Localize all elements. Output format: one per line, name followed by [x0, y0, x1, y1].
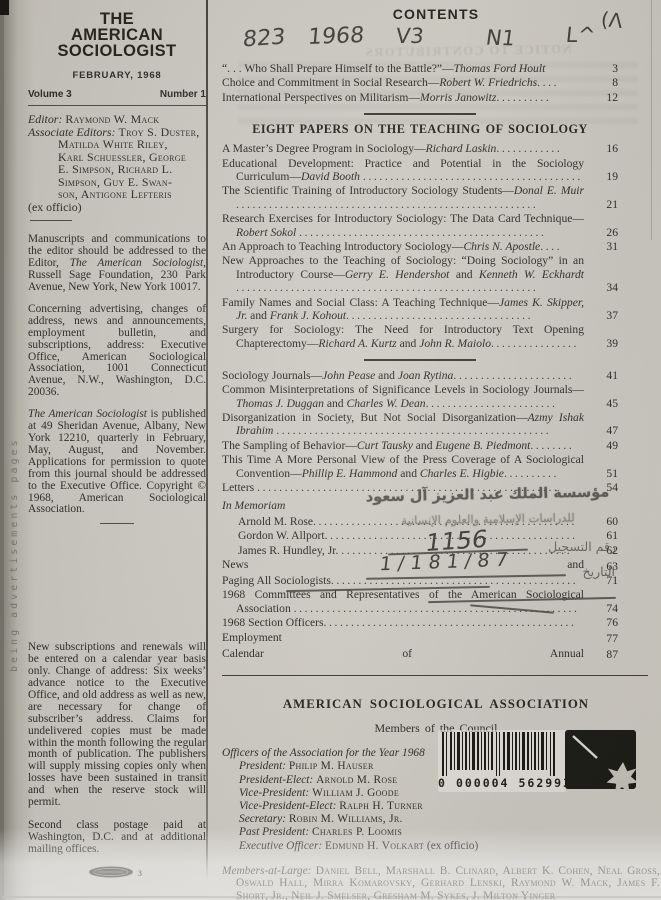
toc-entry: The Scientific Training of Introductory …: [222, 184, 618, 211]
toc-entry: Calendar of Annual Meetings.............…: [222, 647, 618, 662]
editors-rule: [30, 220, 72, 221]
black-stamp-sticker: [564, 729, 638, 791]
barcode-sticker: 0 000004 562993: [438, 730, 566, 792]
toc-entry: Employment Bulletin.....................…: [222, 631, 618, 646]
toc-entry: Family Names and Social Class: A Teachin…: [222, 296, 618, 323]
column-divider-rule: [206, 0, 208, 882]
officer-title: Vice-President-Elect:: [239, 800, 339, 812]
union-bug-icon: [88, 865, 134, 883]
toc-page-number: 39: [588, 337, 618, 350]
barcode-bars-icon: [438, 732, 566, 778]
number-label: Number 1: [160, 89, 206, 100]
toc-entry-title: Surgery for Sociology: The Need for Intr…: [222, 323, 584, 350]
toc-page-number: 87: [588, 648, 618, 661]
toc-page-number: 76: [588, 616, 618, 629]
toc-entry-title: Choice and Commitment in Social Research…: [222, 76, 584, 89]
toc-leader-dots: ............: [496, 142, 562, 155]
toc-entry-title: A Master’s Degree Program in Sociology—R…: [222, 142, 584, 155]
toc-leader-dots: ................: [491, 337, 579, 350]
toc-entry-title: Research Exercises for Introductory Soci…: [222, 212, 584, 239]
handwritten-call-number: 823: [242, 25, 287, 53]
officer-name: Philip M. Hauser: [289, 760, 374, 772]
officer-title: President-Elect:: [239, 774, 316, 786]
officer-title: Past President:: [239, 826, 312, 838]
association-title: AMERICAN SOCIOLOGICAL ASSOCIATION: [222, 697, 650, 712]
advertising-paragraph: Concerning advertising, changes of addre…: [28, 304, 206, 399]
members-at-large: Members-at-Large: Daniel Bell, Marshall …: [222, 865, 660, 900]
toc-entry: Educational Development: Practice and Po…: [222, 157, 618, 184]
handwritten-number: N1: [484, 25, 516, 50]
toc-entry-title: Calendar of Annual Meetings.............…: [222, 647, 584, 662]
journal-title: THE AMERICAN SOCIOLOGIST: [28, 12, 206, 59]
toc-entry: Choice and Commitment in Social Research…: [222, 76, 618, 89]
toc-entry-title: An Approach to Teaching Introductory Soc…: [222, 240, 584, 253]
toc-page-number: 31: [588, 240, 618, 253]
issue-date: FEBRUARY, 1968: [28, 70, 206, 81]
toc-page-number: 12: [588, 91, 618, 104]
toc-entry-title: Sociology Journals—John Pease and Joan R…: [222, 369, 584, 382]
toc-entry: “. . . Who Shall Prepare Himself to the …: [222, 62, 618, 75]
toc-page-number: 47: [588, 424, 618, 437]
toc-leader-dots: ........................................: [363, 170, 583, 183]
members-label: Members-at-Large:: [222, 865, 311, 877]
toc-leader-dots: ..........: [496, 91, 551, 104]
toc-leader-dots: ........: [530, 439, 574, 452]
toc-leader-dots: ........................: [426, 397, 558, 410]
toc-leader-dots: ........................................…: [299, 226, 546, 239]
masthead-column: THE AMERICAN SOCIOLOGIST FEBRUARY, 1968 …: [28, 12, 206, 883]
toc-entry: 1968 Committees and Representatives of t…: [222, 588, 618, 615]
editor-line: (ex officio): [28, 201, 206, 214]
foundation-logo-icon: [564, 729, 638, 791]
toc-leader-dots: ........................................…: [324, 616, 577, 629]
toc-page-number: 49: [588, 439, 618, 452]
officer-name: Edmund H. Volkart: [325, 840, 424, 852]
contents-header: CONTENTS: [222, 6, 650, 22]
toc-page-number: 45: [588, 397, 618, 410]
toc-entry: Surgery for Sociology: The Need for Intr…: [222, 323, 618, 350]
manuscripts-paragraph: Manuscripts and communications to the ed…: [28, 234, 206, 294]
toc-leader-dots: ....: [537, 76, 559, 89]
toc-entry-title: Employment Bulletin.....................…: [222, 631, 584, 646]
toc-entry-title: Educational Development: Practice and Po…: [222, 157, 584, 184]
journal-title-line3: SOCIOLOGIST: [28, 44, 206, 60]
toc-page-number: 41: [588, 369, 618, 382]
officer-name: William J. Goode: [312, 787, 399, 799]
toc-page-number: 21: [588, 198, 618, 211]
toc-entry-title: Family Names and Social Class: A Teachin…: [222, 296, 584, 323]
toc-entry: Common Misinterpretations of Significanc…: [222, 383, 618, 410]
toc-page-number: 3: [588, 62, 618, 75]
toc-entry: The Sampling of Behavior—Curt Tausky and…: [222, 439, 618, 452]
toc-entry: This Time A More Personal View of the Pr…: [222, 453, 618, 480]
toc-entry-title: International Perspectives on Militarism…: [222, 91, 584, 104]
toc-page-number: 74: [588, 602, 618, 615]
toc-entry-title: The Scientific Training of Introductory …: [222, 184, 584, 211]
officer-name: Robin M. Williams, Jr.: [289, 813, 403, 825]
toc-entry: 1968 Section Officers...................…: [222, 616, 618, 629]
toc-entry: An Approach to Teaching Introductory Soc…: [222, 240, 618, 253]
toc-entry-title: Common Misinterpretations of Significanc…: [222, 383, 584, 410]
stamp-date-label: التاريخ: [543, 564, 615, 579]
spacer: [28, 524, 206, 632]
toc-entry: New Approaches to the Teaching of Sociol…: [222, 254, 618, 294]
toc-entry-title: New Approaches to the Teaching of Sociol…: [222, 254, 584, 294]
toc-leader-dots: ........................................…: [276, 424, 551, 437]
toc-entry-title: “. . . Who Shall Prepare Himself to the …: [222, 62, 584, 75]
scanned-journal-page: NOTICE TO CONTRIBUTORS THE AMERICAN SOCI…: [0, 0, 661, 900]
officer-line: Secretary: Robin M. Williams, Jr.: [222, 813, 650, 826]
page-edge-rule: [651, 0, 652, 240]
toc-divider: [364, 359, 476, 361]
officer-name: Arnold M. Rose: [316, 774, 397, 786]
toc-leader-dots: ..................................: [346, 309, 533, 322]
officer-title: Executive Officer:: [239, 840, 325, 852]
toc-leader-dots: ......................: [453, 369, 574, 382]
toc-page-number: 34: [588, 281, 618, 294]
toc-entry-title: 1968 Section Officers...................…: [222, 616, 584, 629]
officer-line: Executive Officer: Edmund H. Volkart (ex…: [222, 840, 650, 853]
toc-page-number: 16: [588, 142, 618, 155]
toc-page-number: 26: [588, 226, 618, 239]
toc-entry: Disorganization in Society, But Not Soci…: [222, 411, 618, 438]
officer-line: Vice-President-Elect: Ralph H. Turner: [222, 800, 650, 813]
officer-suffix: (ex officio): [424, 840, 478, 852]
toc-page-number: 51: [588, 467, 618, 480]
handwritten-corner-mark: (Λ: [600, 7, 624, 33]
volume-label: Volume 3: [28, 89, 72, 100]
toc-entry: Research Exercises for Introductory Soci…: [222, 212, 618, 239]
masthead-rule: [28, 105, 206, 106]
toc-entry-title: This Time A More Personal View of the Pr…: [222, 453, 584, 480]
toc-entry: Sociology Journals—John Pease and Joan R…: [222, 369, 618, 382]
toc-entry-title: The Sampling of Behavior—Curt Tausky and…: [222, 439, 584, 452]
toc-page-number: 19: [588, 170, 618, 183]
scan-corner-artifact: [0, 0, 9, 15]
section-rule: [222, 675, 648, 677]
toc-section-heading: EIGHT PAPERS ON THE TEACHING OF SOCIOLOG…: [222, 123, 618, 136]
editors-block: Editor: Raymond W. MackAssociate Editors…: [28, 113, 206, 213]
publication-paragraph: The American Sociologist is published at…: [28, 409, 206, 516]
officer-name: Charles P. Loomis: [312, 826, 402, 838]
toc-entry-title: Disorganization in Society, But Not Soci…: [222, 411, 584, 438]
handwritten-letter: L^: [565, 23, 597, 47]
subscriptions-paragraph: New subscriptions and renewals will be e…: [28, 642, 206, 809]
toc-page-number: 77: [588, 632, 618, 645]
toc-page-number: 37: [588, 309, 618, 322]
stamp-registration-label: رقم التسجيل: [528, 539, 616, 554]
officer-name: Ralph H. Turner: [339, 800, 423, 812]
volume-number-row: Volume 3 Number 1: [28, 89, 206, 100]
officer-title: Secretary:: [239, 813, 289, 825]
toc-leader-dots: ..........: [504, 467, 559, 480]
officer-title: Vice-President:: [239, 787, 312, 799]
officer-line: Past President: Charles P. Loomis: [222, 826, 650, 839]
toc-page-number: 8: [588, 76, 618, 89]
officer-title: President:: [239, 760, 289, 772]
toc-leader-dots: ........................................…: [273, 644, 537, 646]
barcode-digit-lead: 0: [438, 776, 447, 790]
handwritten-year: 1968: [307, 23, 365, 50]
barcode-digits: 0 000004 562993: [438, 776, 566, 790]
toc-leader-dots: ........................................…: [279, 660, 510, 662]
toc-leader-dots: ........................................…: [294, 602, 580, 615]
toc-leader-dots: ........................................…: [236, 281, 538, 294]
toc-leader-dots: ....: [540, 240, 562, 253]
spine-vertical-text: being advertisements pages: [9, 372, 20, 672]
toc-leader-dots: ........................................…: [236, 198, 538, 211]
toc-entry: International Perspectives on Militarism…: [222, 91, 618, 104]
union-bug-row: 3: [88, 865, 206, 883]
postage-paragraph: Second class postage paid at Washington,…: [28, 820, 206, 856]
barcode-digit-group1: 000004: [456, 776, 510, 790]
handwritten-volume: V3: [395, 24, 425, 48]
union-bug-number: 3: [138, 869, 142, 878]
toc-divider: [364, 113, 476, 115]
toc-entry: A Master’s Degree Program in Sociology—R…: [222, 142, 618, 155]
